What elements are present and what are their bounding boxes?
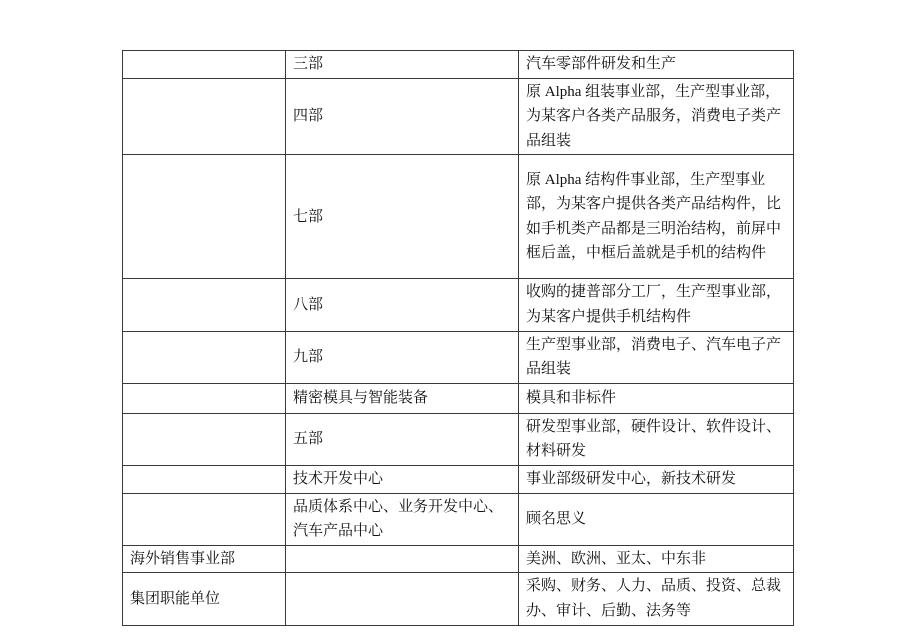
description-cell: 美洲、欧洲、亚太、中东非	[519, 545, 794, 573]
group-cell	[123, 413, 286, 465]
description-cell: 汽车零部件研发和生产	[519, 51, 794, 79]
table-row: 三部 汽车零部件研发和生产	[123, 51, 794, 79]
document-page: 三部 汽车零部件研发和生产 四部 原 Alpha 组装事业部，生产型事业部，为某…	[0, 0, 915, 636]
division-cell	[286, 573, 519, 625]
org-structure-table: 三部 汽车零部件研发和生产 四部 原 Alpha 组装事业部，生产型事业部，为某…	[122, 50, 794, 626]
description-cell: 原 Alpha 组装事业部，生产型事业部，为某客户各类产品服务，消费电子类产品组…	[519, 78, 794, 155]
description-cell: 原 Alpha 结构件事业部，生产型事业部，为某客户提供各类产品结构件，比如手机…	[519, 155, 794, 279]
division-cell: 九部	[286, 331, 519, 383]
table-row: 海外销售事业部 美洲、欧洲、亚太、中东非	[123, 545, 794, 573]
group-cell	[123, 78, 286, 155]
group-cell	[123, 51, 286, 79]
description-cell: 收购的捷普部分工厂，生产型事业部，为某客户提供手机结构件	[519, 279, 794, 331]
description-cell: 生产型事业部，消费电子、汽车电子产品组装	[519, 331, 794, 383]
table-row: 五部 研发型事业部，硬件设计、软件设计、材料研发	[123, 413, 794, 465]
division-cell: 品质体系中心、业务开发中心、汽车产品中心	[286, 493, 519, 545]
group-cell	[123, 279, 286, 331]
description-cell: 顾名思义	[519, 493, 794, 545]
group-cell	[123, 155, 286, 279]
group-cell	[123, 383, 286, 413]
group-cell	[123, 493, 286, 545]
table-row: 技术开发中心 事业部级研发中心，新技术研发	[123, 465, 794, 493]
division-cell: 八部	[286, 279, 519, 331]
description-cell: 研发型事业部，硬件设计、软件设计、材料研发	[519, 413, 794, 465]
description-cell: 采购、财务、人力、品质、投资、总裁办、审计、后勤、法务等	[519, 573, 794, 625]
group-cell	[123, 465, 286, 493]
division-cell: 技术开发中心	[286, 465, 519, 493]
table-row: 四部 原 Alpha 组装事业部，生产型事业部，为某客户各类产品服务，消费电子类…	[123, 78, 794, 155]
table-row: 集团职能单位 采购、财务、人力、品质、投资、总裁办、审计、后勤、法务等	[123, 573, 794, 625]
division-cell: 精密模具与智能装备	[286, 383, 519, 413]
group-cell	[123, 331, 286, 383]
group-cell: 集团职能单位	[123, 573, 286, 625]
table-row: 八部 收购的捷普部分工厂，生产型事业部，为某客户提供手机结构件	[123, 279, 794, 331]
division-cell: 七部	[286, 155, 519, 279]
table-row: 精密模具与智能装备 模具和非标件	[123, 383, 794, 413]
group-cell: 海外销售事业部	[123, 545, 286, 573]
division-cell: 三部	[286, 51, 519, 79]
table-row: 品质体系中心、业务开发中心、汽车产品中心 顾名思义	[123, 493, 794, 545]
table-row: 九部 生产型事业部，消费电子、汽车电子产品组装	[123, 331, 794, 383]
description-cell: 事业部级研发中心，新技术研发	[519, 465, 794, 493]
description-cell: 模具和非标件	[519, 383, 794, 413]
division-cell: 五部	[286, 413, 519, 465]
table-row: 七部 原 Alpha 结构件事业部，生产型事业部，为某客户提供各类产品结构件，比…	[123, 155, 794, 279]
division-cell: 四部	[286, 78, 519, 155]
division-cell	[286, 545, 519, 573]
